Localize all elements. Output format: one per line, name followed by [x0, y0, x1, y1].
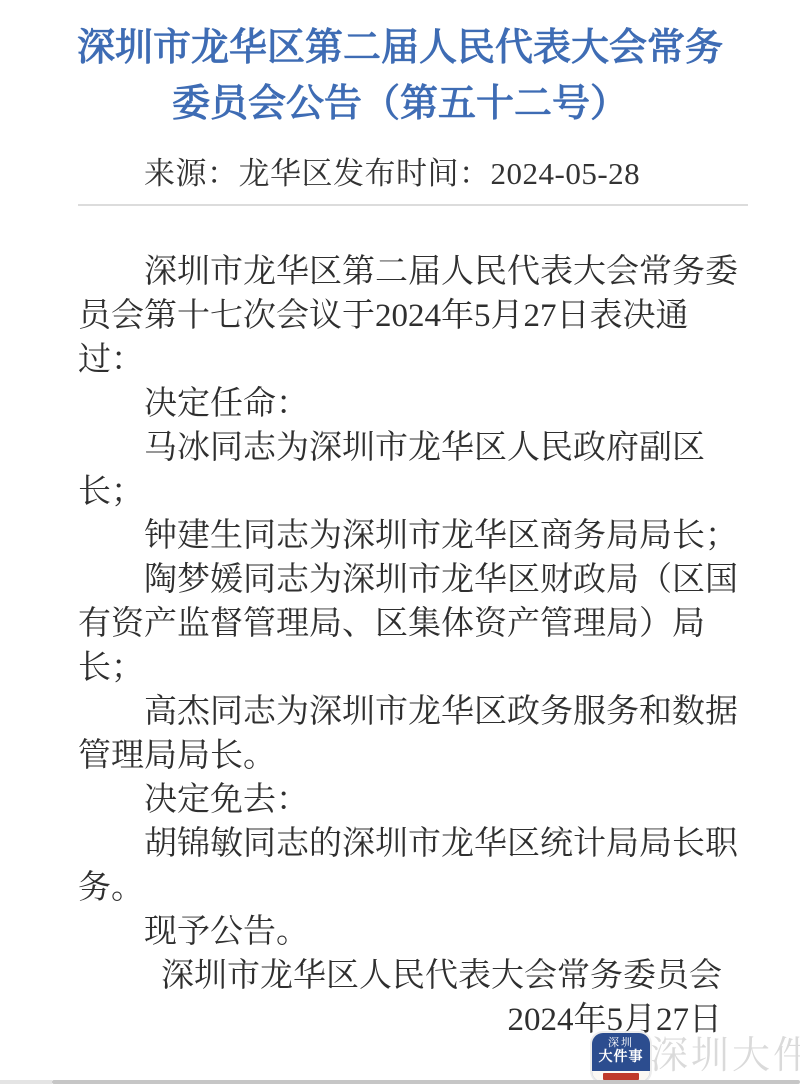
logo-text-line2: 大件事 — [592, 1049, 650, 1064]
publish-time-value: 2024-05-28 — [491, 156, 641, 191]
source-value: 龙华区 — [239, 156, 334, 191]
bottom-scrollbar-thumb[interactable] — [52, 1080, 800, 1084]
body-paragraph-appoint-1: 马冰同志为深圳市龙华区人民政府副区长； — [78, 426, 738, 514]
article-meta: 来源：龙华区发布时间：2024-05-28 — [144, 154, 800, 194]
page-title: 深圳市龙华区第二届人民代表大会常务委员会公告（第五十二号） — [69, 20, 731, 132]
signature-org: 深圳市龙华区人民代表大会常务委员会 — [78, 954, 738, 998]
meta-divider — [78, 204, 748, 206]
publish-time-label: 发布时间： — [333, 156, 491, 191]
body-paragraph-closing: 现予公告。 — [78, 910, 738, 954]
body-paragraph-intro: 深圳市龙华区第二届人民代表大会常务委员会第十七次会议于2024年5月27日表决通… — [78, 250, 738, 382]
article-body: 深圳市龙华区第二届人民代表大会常务委员会第十七次会议于2024年5月27日表决通… — [78, 250, 738, 1042]
shenzhen-dajianshi-logo: 深圳 大件事 — [592, 1033, 650, 1082]
bottom-scrollbar-track — [0, 1080, 52, 1084]
logo-red-mark — [603, 1073, 639, 1080]
body-paragraph-remove-1: 胡锦敏同志的深圳市龙华区统计局局长职务。 — [78, 822, 738, 910]
source-label: 来源： — [144, 156, 239, 191]
body-paragraph-appoint-4: 高杰同志为深圳市龙华区政务服务和数据管理局局长。 — [78, 690, 738, 778]
body-paragraph-appoint-heading: 决定任命： — [78, 382, 738, 426]
body-paragraph-appoint-2: 钟建生同志为深圳市龙华区商务局局长； — [78, 514, 738, 558]
article-page: 深圳市龙华区第二届人民代表大会常务委员会公告（第五十二号） 来源：龙华区发布时间… — [0, 0, 800, 1085]
body-paragraph-remove-heading: 决定免去： — [78, 778, 738, 822]
watermark-text: 深圳大件事 — [650, 1036, 800, 1076]
body-paragraph-appoint-3: 陶梦媛同志为深圳市龙华区财政局（区国有资产监督管理局、区集体资产管理局）局长； — [78, 558, 738, 690]
